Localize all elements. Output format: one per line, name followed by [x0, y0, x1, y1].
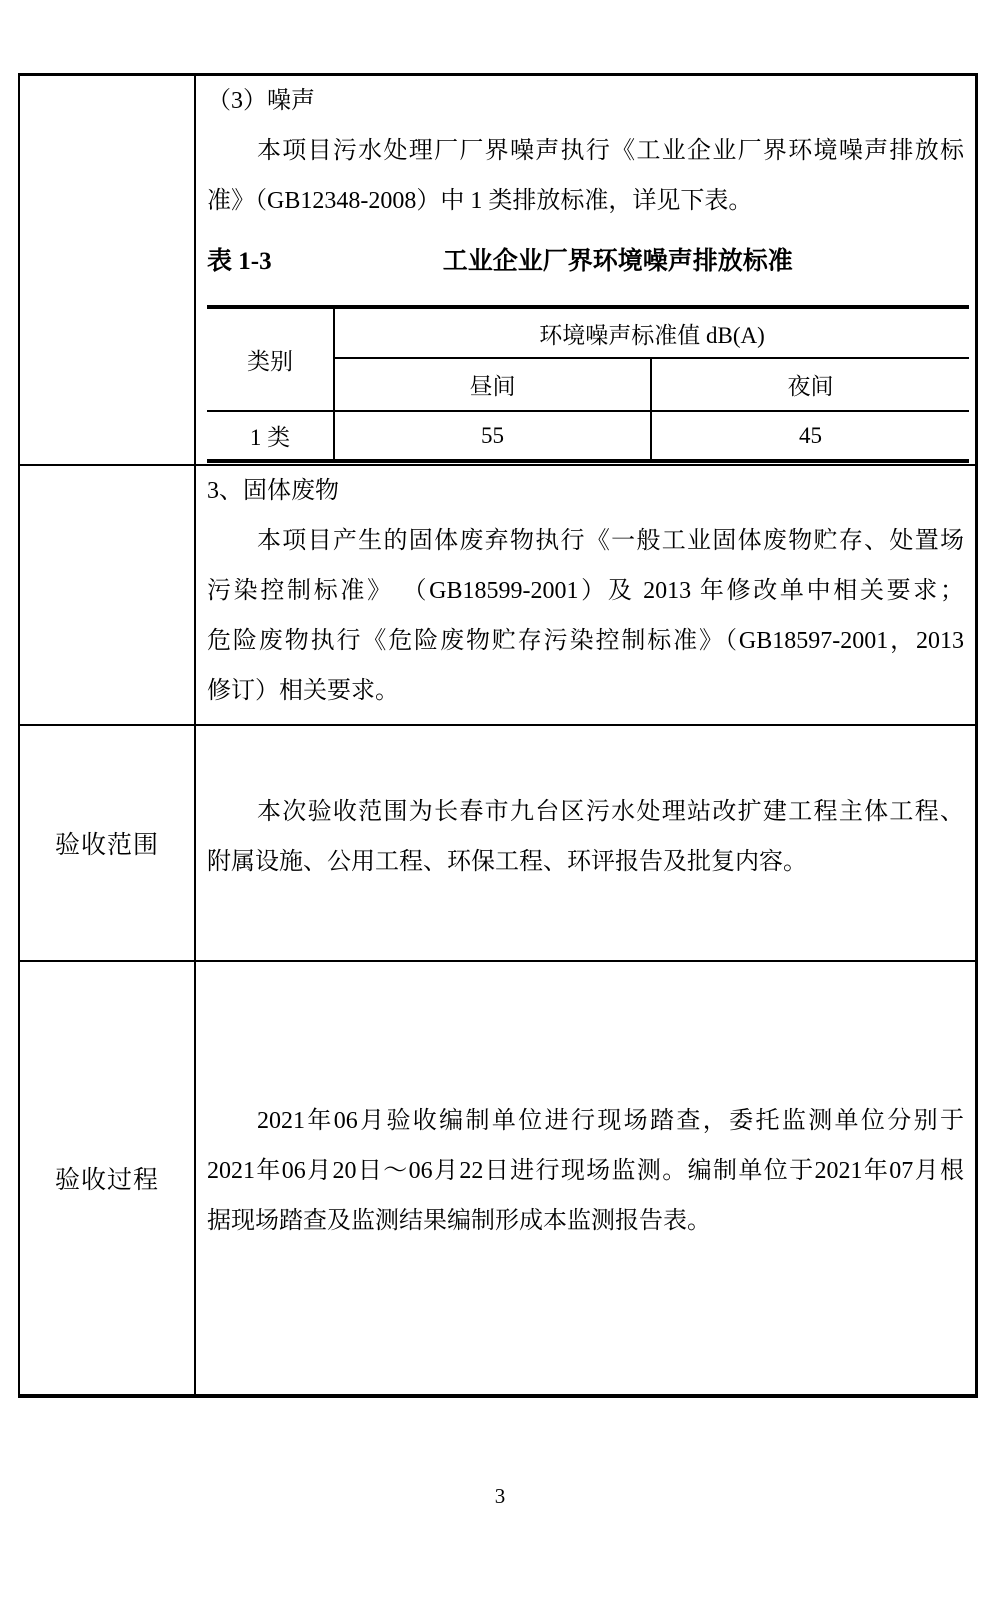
document-page: （3）噪声 本项目污水处理厂厂界噪声执行《工业企业厂界环境噪声排放标 准》（GB… — [0, 0, 1000, 1599]
noise-table-caption-number: 表 1-3 — [207, 237, 272, 287]
noise-table-value-header: 环境噪声标准值 dB(A) — [335, 309, 969, 359]
solid-waste-paragraph-line-4: 修订）相关要求。 — [207, 666, 964, 716]
noise-table-caption: 表 1-3 工业企业厂界环境噪声排放标准 — [207, 237, 964, 287]
solid-waste-paragraph-line-1: 本项目产生的固体废弃物执行《一般工业固体废物贮存、处置场 — [207, 516, 964, 566]
solid-waste-row-label-cell — [20, 466, 196, 724]
process-paragraph-line-1: 2021年06月验收编制单位进行现场踏查，委托监测单位分别于 — [207, 1096, 964, 1146]
process-paragraph-line-3: 据现场踏查及监测结果编制形成本监测报告表。 — [207, 1196, 964, 1246]
acceptance-process-row: 验收过程 2021年06月验收编制单位进行现场踏查，委托监测单位分别于 2021… — [20, 962, 975, 1394]
noise-standard-table: 类别 环境噪声标准值 dB(A) 昼间 夜间 1 类 55 45 — [207, 305, 969, 463]
noise-row-content-cell: （3）噪声 本项目污水处理厂厂界噪声执行《工业企业厂界环境噪声排放标 准》（GB… — [196, 76, 975, 464]
solid-waste-section-row: 3、固体废物 本项目产生的固体废弃物执行《一般工业固体废物贮存、处置场 污染控制… — [20, 466, 975, 726]
acceptance-scope-content-cell: 本次验收范围为长春市九台区污水处理站改扩建工程主体工程、 附属设施、公用工程、环… — [196, 726, 975, 960]
solid-waste-heading: 3、固体废物 — [207, 466, 964, 516]
noise-table-day-value: 55 — [335, 412, 652, 459]
solid-waste-row-content-cell: 3、固体废物 本项目产生的固体废弃物执行《一般工业固体废物贮存、处置场 污染控制… — [196, 466, 975, 724]
noise-table-caption-title: 工业企业厂界环境噪声排放标准 — [443, 237, 793, 287]
acceptance-scope-label: 验收范围 — [20, 726, 196, 960]
acceptance-process-label: 验收过程 — [20, 962, 196, 1394]
noise-table-night-value: 45 — [652, 412, 969, 459]
acceptance-report-table: （3）噪声 本项目污水处理厂厂界噪声执行《工业企业厂界环境噪声排放标 准》（GB… — [18, 73, 978, 1398]
scope-paragraph-line-2: 附属设施、公用工程、环保工程、环评报告及批复内容。 — [207, 837, 964, 887]
noise-paragraph-line-1: 本项目污水处理厂厂界噪声执行《工业企业厂界环境噪声排放标 — [207, 126, 964, 176]
noise-table-category-header: 类别 — [207, 309, 335, 412]
page-number: 3 — [0, 1481, 1000, 1511]
noise-row-label-cell — [20, 76, 196, 464]
noise-table-day-header: 昼间 — [335, 359, 652, 412]
noise-table-class-cell: 1 类 — [207, 412, 335, 459]
scope-paragraph-line-1: 本次验收范围为长春市九台区污水处理站改扩建工程主体工程、 — [207, 787, 964, 837]
noise-section-row: （3）噪声 本项目污水处理厂厂界噪声执行《工业企业厂界环境噪声排放标 准》（GB… — [20, 76, 975, 466]
noise-heading: （3）噪声 — [207, 76, 964, 126]
solid-waste-paragraph-line-2: 污染控制标准》 （GB18599-2001）及 2013 年修改单中相关要求； — [207, 566, 964, 616]
noise-paragraph-line-2: 准》（GB12348-2008）中 1 类排放标准，详见下表。 — [207, 176, 964, 226]
noise-table-night-header: 夜间 — [652, 359, 969, 412]
acceptance-process-content-cell: 2021年06月验收编制单位进行现场踏查，委托监测单位分别于 2021年06月2… — [196, 962, 975, 1394]
solid-waste-paragraph-line-3: 危险废物执行《危险废物贮存污染控制标准》（GB18597-2001，2013 — [207, 616, 964, 666]
process-paragraph-line-2: 2021年06月20日～06月22日进行现场监测。编制单位于2021年07月根 — [207, 1146, 964, 1196]
acceptance-scope-row: 验收范围 本次验收范围为长春市九台区污水处理站改扩建工程主体工程、 附属设施、公… — [20, 726, 975, 962]
